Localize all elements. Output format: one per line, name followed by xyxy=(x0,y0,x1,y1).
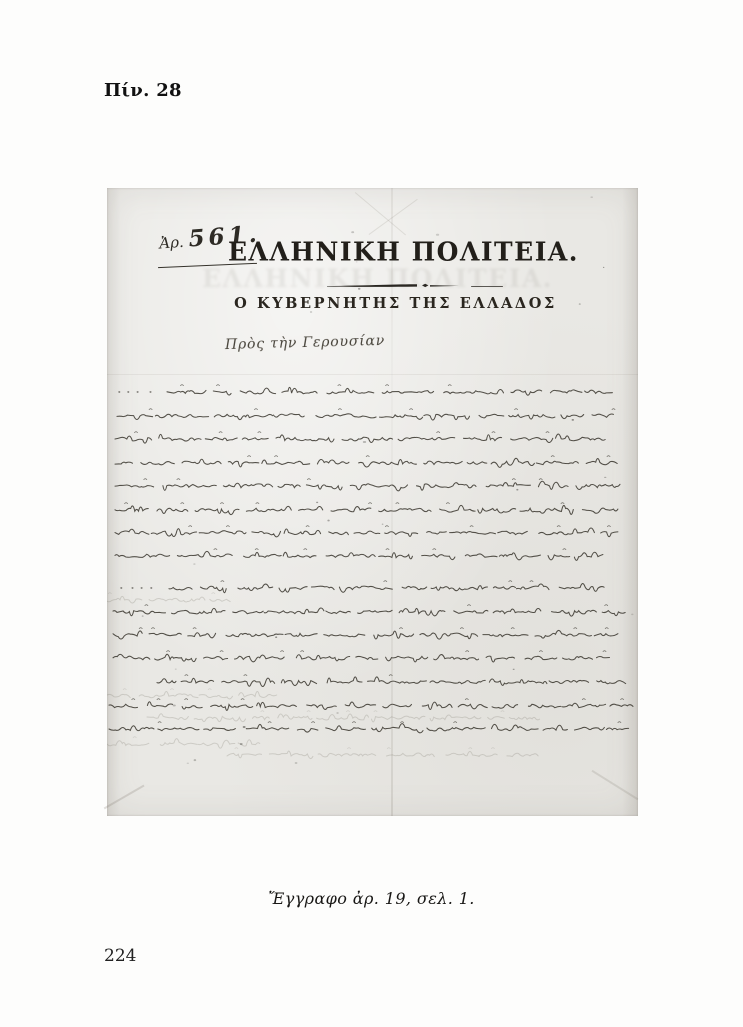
plate-label: Πίν. 28 xyxy=(104,80,182,101)
salutation-line: Πρὸς τὴν Γερουσίαν xyxy=(225,333,385,353)
top-crease-right xyxy=(369,199,418,235)
subheading-title: Ο ΚΥΒΕΡΝΗΤΗΣ ΤΗΣ ΕΛΛΑΔΟΣ xyxy=(107,295,638,312)
bottom-left-corner-crease xyxy=(104,785,145,809)
masthead-title: ΕΛΛΗΝΙΚΗ ΠΟΛΙΤΕΙΑ. xyxy=(107,236,638,266)
horizontal-fold-crease xyxy=(107,374,638,375)
figure-caption: Ἔγγραφο ἀρ. 19, σελ. 1. xyxy=(268,889,475,908)
ornament-divider-icon xyxy=(327,280,507,292)
page-number: 224 xyxy=(104,946,136,966)
bottom-right-corner-crease xyxy=(592,770,639,800)
book-page: Πίν. 28 ΕΛΛΗΝΙΚΗ ΠΟΛΙΤΕΙΑ. Ἀρ. 561. ΕΛΛΗ… xyxy=(0,0,743,1027)
document-scan-photo: ΕΛΛΗΝΙΚΗ ΠΟΛΙΤΕΙΑ. Ἀρ. 561. ΕΛΛΗΝΙΚΗ ΠΟΛ… xyxy=(107,188,638,816)
